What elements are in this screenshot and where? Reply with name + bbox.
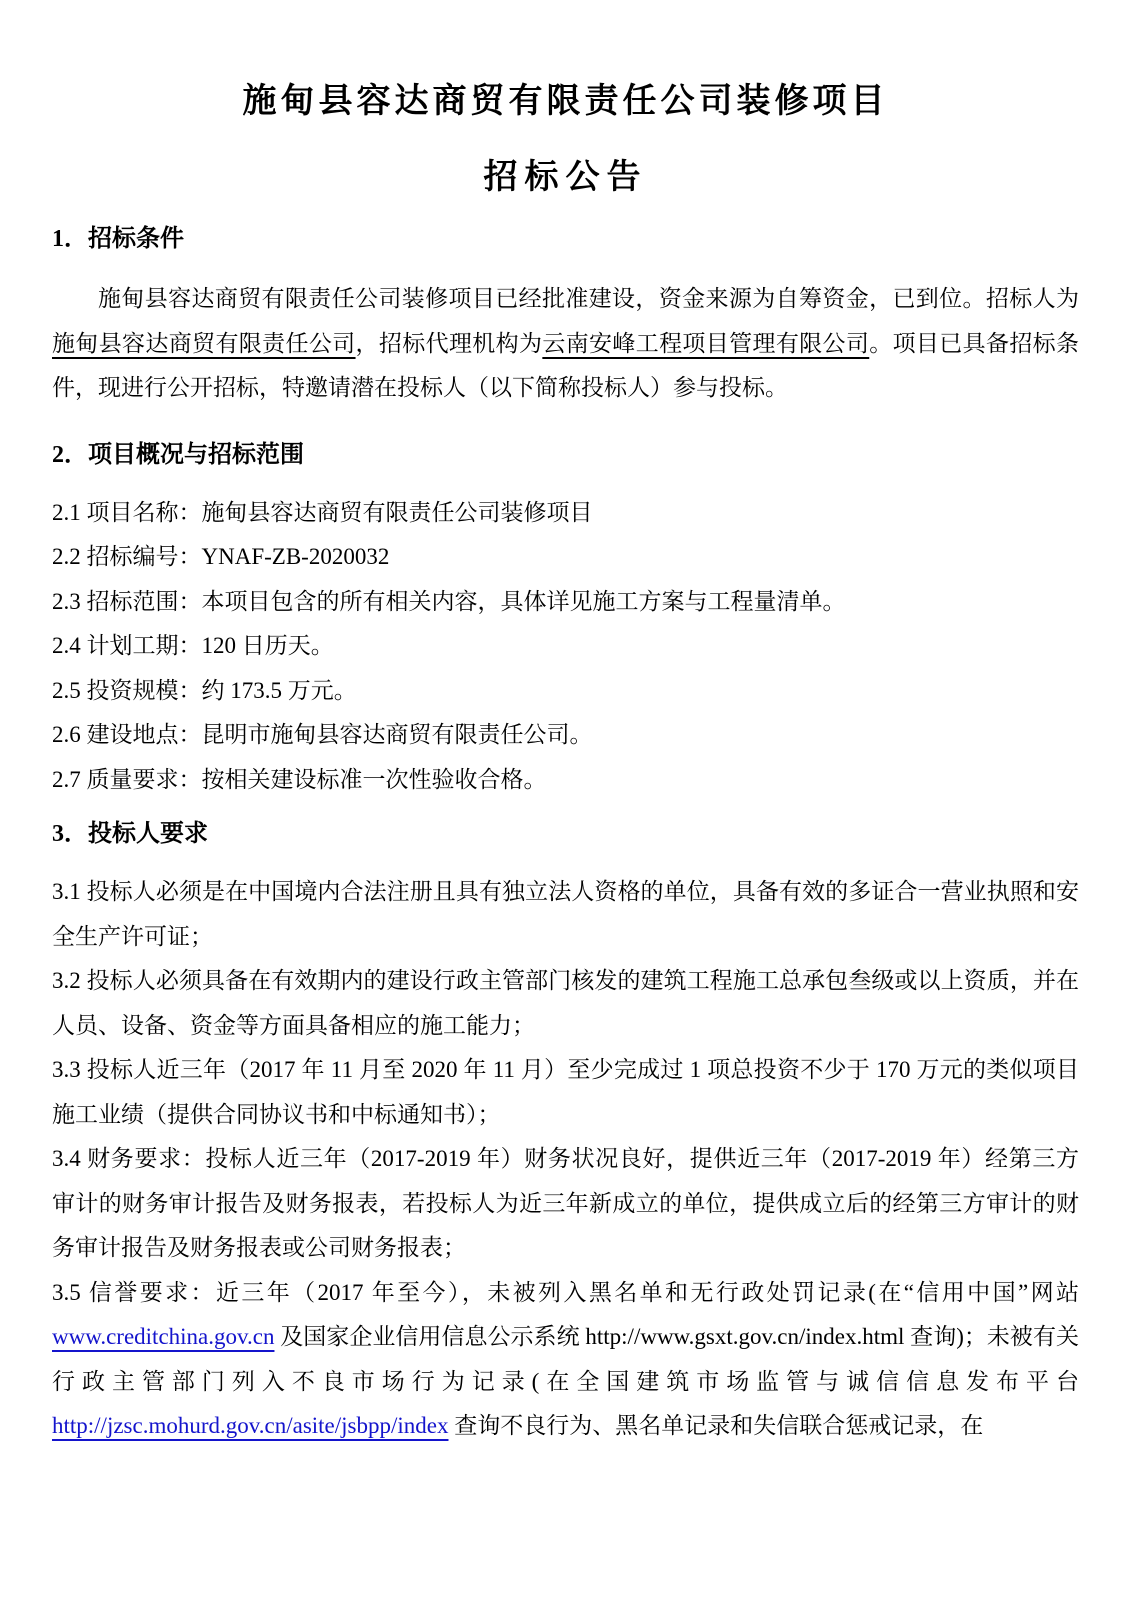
item-tender-scope: 2.3 招标范围：本项目包含的所有相关内容，具体详见施工方案与工程量清单。 xyxy=(52,580,1079,625)
creditchina-link[interactable]: www.creditchina.gov.cn xyxy=(52,1324,274,1349)
clause-3-2: 3.2 投标人必须具备在有效期内的建设行政主管部门核发的建筑工程施工总承包叁级或… xyxy=(52,959,1079,1048)
item-project-name: 2.1 项目名称：施甸县容达商贸有限责任公司装修项目 xyxy=(52,491,1079,536)
clause-3-1: 3.1 投标人必须是在中国境内合法注册且具有独立法人资格的单位，具备有效的多证合… xyxy=(52,870,1079,959)
tenderer-name-underlined: 施甸县容达商贸有限责任公司 xyxy=(52,331,356,356)
item-construction-site: 2.6 建设地点：昆明市施甸县容达商贸有限责任公司。 xyxy=(52,713,1079,758)
item-investment-scale: 2.5 投资规模：约 173.5 万元。 xyxy=(52,669,1079,714)
item-planned-duration: 2.4 计划工期：120 日历天。 xyxy=(52,624,1079,669)
jzsc-mohurd-link[interactable]: http://jzsc.mohurd.gov.cn/asite/jsbpp/in… xyxy=(52,1413,448,1438)
text-run: ，招标代理机构为 xyxy=(356,331,543,356)
document-page: 施甸县容达商贸有限责任公司装修项目 招标公告 1．招标条件 施甸县容达商贸有限责… xyxy=(0,78,1131,1449)
clause-3-4: 3.4 财务要求：投标人近三年（2017-2019 年）财务状况良好，提供近三年… xyxy=(52,1137,1079,1271)
section-1-heading: 1．招标条件 xyxy=(52,219,1079,259)
document-title: 施甸县容达商贸有限责任公司装修项目 xyxy=(52,78,1079,126)
clause-3-5: 3.5 信誉要求：近三年（2017 年至今），未被列入黑名单和无行政处罚记录(在… xyxy=(52,1271,1079,1449)
item-quality-requirement: 2.7 质量要求：按相关建设标准一次性验收合格。 xyxy=(52,758,1079,803)
section-2-item-list: 2.1 项目名称：施甸县容达商贸有限责任公司装修项目 2.2 招标编号：YNAF… xyxy=(52,491,1079,803)
section-3-heading: 3．投标人要求 xyxy=(52,814,1079,854)
text-run: 施甸县容达商贸有限责任公司装修项目已经批准建设，资金来源为自筹资金，已到位。招标… xyxy=(98,286,1079,311)
section-1-paragraph: 施甸县容达商贸有限责任公司装修项目已经批准建设，资金来源为自筹资金，已到位。招标… xyxy=(52,277,1079,411)
agency-name-underlined: 云南安峰工程项目管理有限公司 xyxy=(542,331,869,356)
section-3-clauses: 3.1 投标人必须是在中国境内合法注册且具有独立法人资格的单位，具备有效的多证合… xyxy=(52,870,1079,1449)
text-run: 查询不良行为、黑名单记录和失信联合惩戒记录，在 xyxy=(448,1413,983,1438)
section-2-heading: 2．项目概况与招标范围 xyxy=(52,435,1079,475)
item-tender-number: 2.2 招标编号：YNAF-ZB-2020032 xyxy=(52,535,1079,580)
clause-3-3: 3.3 投标人近三年（2017 年 11 月至 2020 年 11 月）至少完成… xyxy=(52,1048,1079,1137)
document-subtitle: 招标公告 xyxy=(52,154,1079,202)
text-run: 3.5 信誉要求：近三年（2017 年至今），未被列入黑名单和无行政处罚记录(在… xyxy=(52,1280,1079,1305)
